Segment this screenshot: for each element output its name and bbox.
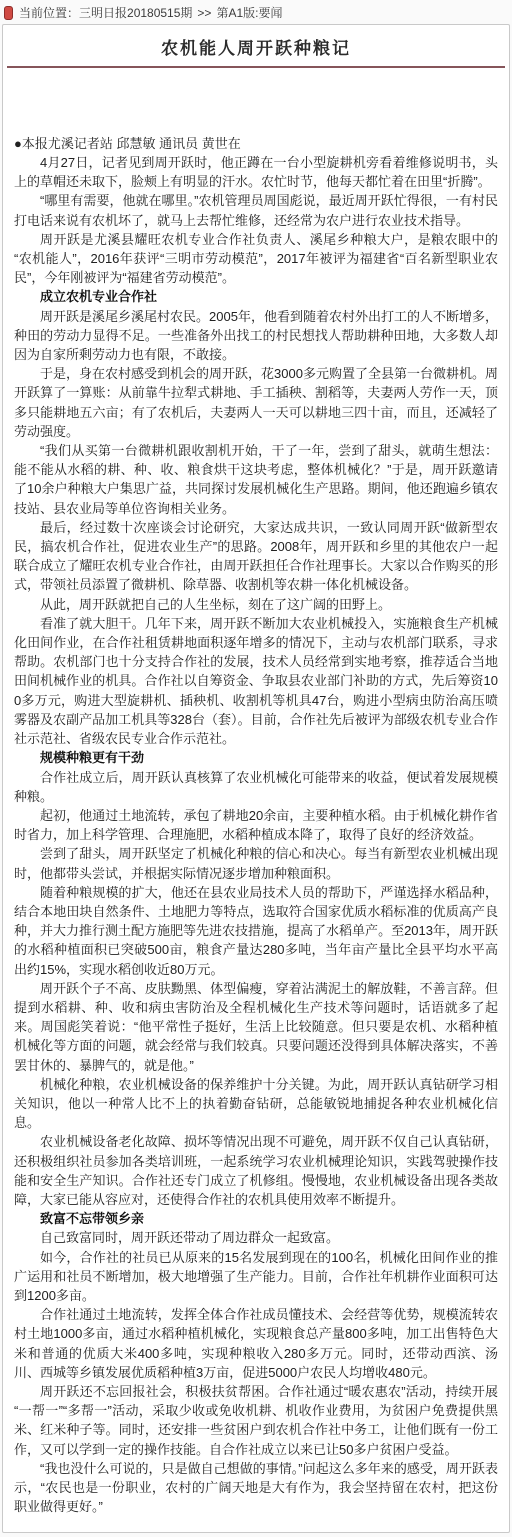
article-paragraph: 自己致富同时，周开跃还带动了周边群众一起致富。 <box>14 1228 498 1247</box>
article-paragraph: 周开跃个子不高、皮肤黝黑、体型偏瘦，穿着沾满泥土的解放鞋，不善言辞。但提到水稻耕… <box>14 979 498 1075</box>
article-paragraph: 看准了就大胆干。几年下来，周开跃不断加大农业机械投入，实施粮食生产机械化田间作业… <box>14 614 498 748</box>
breadcrumb-edition-link[interactable]: 三明日报20180515期 <box>79 4 192 21</box>
article-title: 农机能人周开跃种粮记 <box>14 37 498 61</box>
section-heading: 规模种粮更有干劲 <box>14 748 498 767</box>
section-heading: 成立农机专业合作社 <box>14 287 498 306</box>
article-paragraph: 尝到了甜头，周开跃坚定了机械化种粮的信心和决心。每当有新型农业机械出现时，他都带… <box>14 844 498 882</box>
article-paragraph: 如今，合作社的社员已从原来的15名发展到现在的100名，机械化田间作业的推广运用… <box>14 1248 498 1306</box>
article-byline: ●本报尤溪记者站 邱慧敏 通讯员 黄世在 <box>14 134 498 153</box>
breadcrumb-separator: >> <box>197 6 211 20</box>
article-paragraph: 农业机械设备老化故障、损坏等情况出现不可避免，周开跃不仅自己认真钻研，还积极组织… <box>14 1132 498 1209</box>
section-heading: 致富不忘带领乡亲 <box>14 1209 498 1228</box>
article-paragraph: “我也没什么可说的，只是做自己想做的事情。”问起这么多年来的感受，周开跃表示，“… <box>14 1459 498 1517</box>
article-paragraph: “我们从买第一台微耕机跟收割机开始，干了一年，尝到了甜头，就萌生想法：能不能从水… <box>14 441 498 518</box>
article-paragraph: 于是，身在农村感受到机会的周开跃，花3000多元购置了全县第一台微耕机。周开跃算… <box>14 364 498 441</box>
article-paragraph: 从此，周开跃就把自己的人生坐标，刻在了这广阔的田野上。 <box>14 595 498 614</box>
breadcrumb: 当前位置： 三明日报20180515期 >> 第A1版:要闻 <box>0 0 512 24</box>
article-paragraph: 最后，经过数十次座谈会讨论研究，大家达成共识，一致认同周开跃“做新型农民，搞农机… <box>14 518 498 595</box>
red-bookmark-icon <box>4 6 13 20</box>
breadcrumb-section-link[interactable]: 第A1版:要闻 <box>216 4 282 21</box>
article-paragraph: 合作社通过土地流转，发挥全体合作社成员懂技术、会经营等优势，规模流转农村土地10… <box>14 1305 498 1382</box>
breadcrumb-label: 当前位置： <box>19 4 79 21</box>
article-paragraph: 周开跃还不忘回报社会，积极扶贫帮困。合作社通过“暖农惠农”活动，持续开展“一帮一… <box>14 1382 498 1459</box>
page: 当前位置： 三明日报20180515期 >> 第A1版:要闻 农机能人周开跃种粮… <box>0 0 512 1533</box>
article-paragraph: 合作社成立后，周开跃认真核算了农业机械化可能带来的收益，便试着发展规模种粮。 <box>14 768 498 806</box>
article-paragraph: 机械化种粮，农业机械设备的保养维护十分关键。为此，周开跃认真钻研学习相关知识，他… <box>14 1075 498 1133</box>
article-paragraph: 随着种粮规模的扩大，他还在县农业局技术人员的帮助下，严谨选择水稻品种，结合本地田… <box>14 883 498 979</box>
article-paragraph: “哪里有需要，他就在哪里。”农机管理员周国彪说，最近周开跃忙得很，一有村民打电话… <box>14 191 498 229</box>
article-body: 4月27日，记者见到周开跃时，他正蹲在一台小型旋耕机旁看着维修说明书，头上的草帽… <box>14 153 498 1516</box>
article-paragraph: 周开跃是尤溪县耀旺农机专业合作社负责人、溪尾乡种粮大户，是粮农眼中的“农机能人”… <box>14 230 498 288</box>
article-box: 农机能人周开跃种粮记 ●本报尤溪记者站 邱慧敏 通讯员 黄世在 4月27日，记者… <box>2 24 510 1533</box>
title-divider-rule <box>7 66 505 68</box>
article-paragraph: 周开跃是溪尾乡溪尾村农民。2005年，他看到随着农村外出打工的人不断增多，种田的… <box>14 307 498 365</box>
article-paragraph: 4月27日，记者见到周开跃时，他正蹲在一台小型旋耕机旁看着维修说明书，头上的草帽… <box>14 153 498 191</box>
article-paragraph: 起初，他通过土地流转，承包了耕地20余亩，主要种植水稻。由于机械化耕作省时省力，… <box>14 806 498 844</box>
